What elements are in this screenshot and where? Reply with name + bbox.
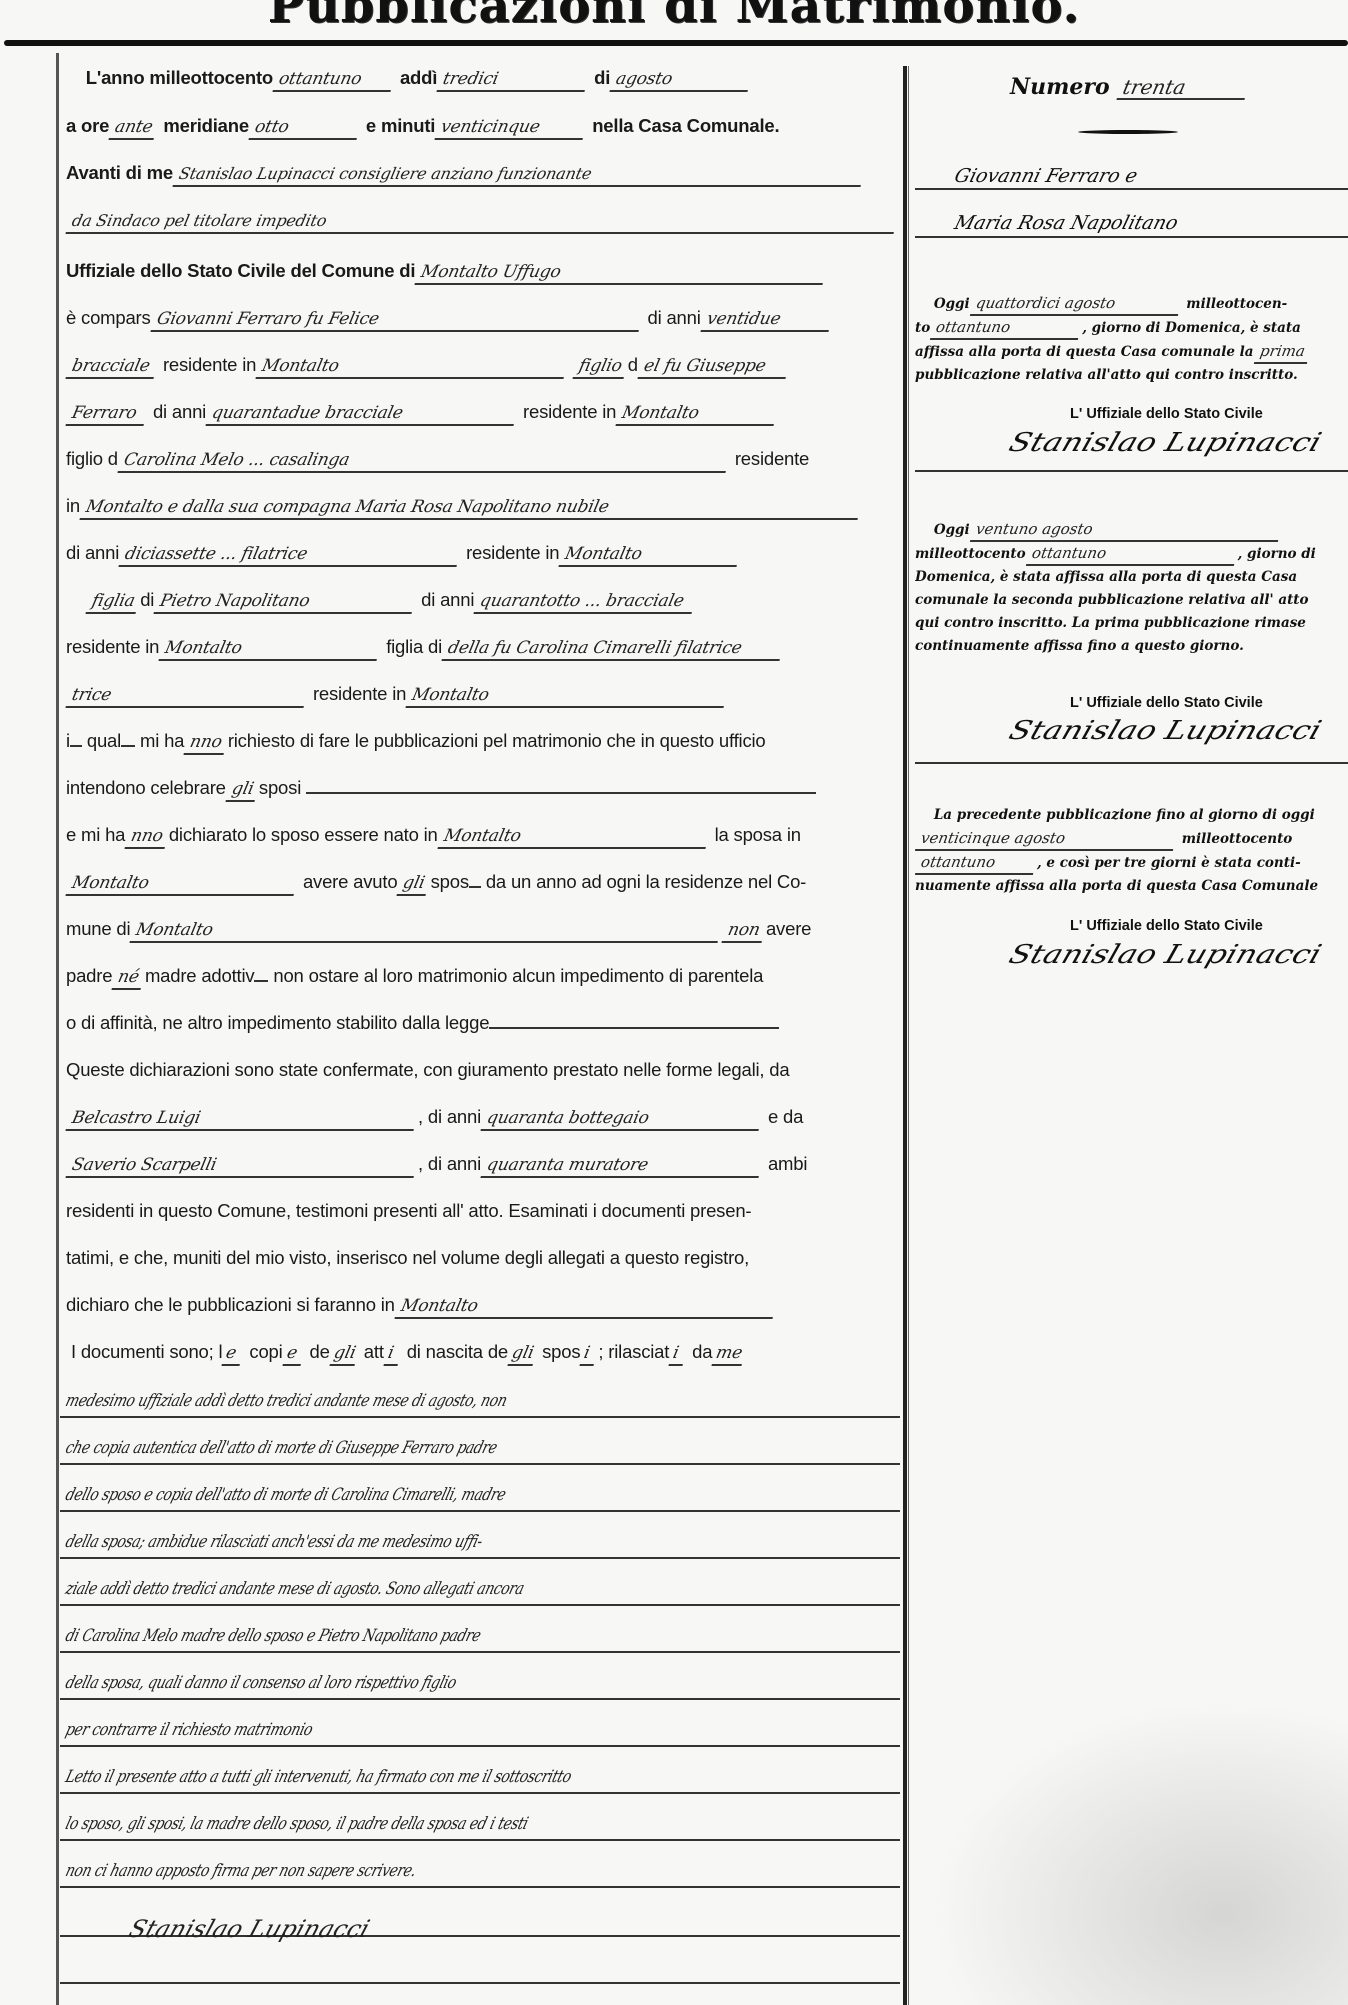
figlia-value: figlia	[85, 590, 141, 614]
officiant-line: Avanti di meStanislao Lupinacci consigli…	[66, 158, 898, 188]
left-border	[56, 53, 59, 2005]
label: residenti in questo Comune, testimoni pr…	[66, 1200, 751, 1221]
label: residente in	[466, 542, 559, 563]
comune-value: Montalto Uffugo	[415, 261, 828, 285]
groom-residence: Montalto	[256, 355, 569, 379]
ante-value: ante	[109, 116, 159, 140]
bride-mother-residence-line: trice residente inMontalto	[66, 679, 898, 709]
officiant-value: Stanislao Lupinacci consigliere anziano …	[172, 163, 865, 187]
comune-line: Uffiziale dello Stato Civile del Comune …	[66, 256, 898, 286]
label: spos	[431, 871, 469, 892]
bride-father-age: quarantotto ... bracciale	[474, 590, 697, 614]
label: di anni	[153, 401, 206, 422]
label: de	[309, 1341, 329, 1362]
bride-mother-residence: Montalto	[406, 684, 729, 708]
label: la sposa in	[715, 824, 801, 845]
label: tatimi, e che, muniti del mio visto, ins…	[66, 1247, 749, 1268]
celebrate-line: intendono celebrareglisposi	[66, 773, 898, 803]
label: addì	[400, 67, 437, 88]
residenti-line: residenti in questo Comune, testimoni pr…	[66, 1196, 898, 1226]
label: dichiarato lo sposo essere nato in	[169, 824, 438, 845]
witness-2-age: quaranta muratore	[480, 1154, 763, 1178]
label: Avanti di me	[66, 162, 173, 183]
hour-value: otto	[248, 116, 361, 140]
article-value: gli	[397, 872, 431, 896]
suffix: e	[222, 1342, 245, 1366]
label: residente in	[66, 636, 159, 657]
bride-father-residence: Montalto	[159, 637, 382, 661]
handwritten-line: medesimo uffiziale addì detto tredici an…	[60, 1384, 900, 1418]
label: e da	[768, 1106, 803, 1127]
suffix: i	[383, 1342, 402, 1366]
third-publication: La precedente pubblicazione fino al gior…	[915, 804, 1348, 898]
handwritten-line: della sposa, quali danno il consenso al …	[60, 1666, 900, 1700]
groom-age: ventidue	[700, 308, 833, 332]
label: e minuti	[366, 115, 435, 136]
handwritten-line: ziale addì detto tredici andante mese di…	[60, 1572, 900, 1606]
month-value: agosto	[610, 68, 753, 92]
suffix: e	[282, 1342, 305, 1366]
label: di anni	[648, 307, 701, 328]
label: di nascita de	[407, 1341, 508, 1362]
suffix: me	[712, 1342, 747, 1366]
father-age: quarantadue bracciale	[206, 402, 519, 426]
label: di anni	[421, 589, 474, 610]
witness-2-line: Saverio Scarpelli, di anniquaranta murat…	[66, 1149, 898, 1179]
officer-signature: Stanislao Lupinacci	[130, 1915, 369, 1943]
column-divider	[903, 66, 907, 2005]
label: a ore	[66, 115, 109, 136]
officer-signature: Stanislao Lupinacci	[1010, 428, 1269, 458]
label: , di anni	[418, 1106, 481, 1127]
groom-line: è comparsGiovanni Ferraro fu Felice di a…	[66, 303, 898, 333]
suffix: i	[669, 1342, 688, 1366]
label: richiesto di fare le pubblicazioni pel m…	[228, 730, 766, 751]
witness-1-age: quaranta bottegaio	[480, 1107, 763, 1131]
publication-place-line: dichiaro che le pubblicazioni si faranno…	[66, 1290, 898, 1320]
label: copi	[249, 1341, 282, 1362]
bride-birthplace: Montalto	[65, 872, 298, 896]
bride-name: Montalto e dalla sua compagna Maria Rosa…	[79, 496, 862, 520]
second-publication: Oggiventuno agosto milleottocentoottantu…	[915, 518, 1348, 658]
label: nella Casa Comunale.	[592, 115, 779, 136]
label: att	[364, 1341, 384, 1362]
label: d	[628, 354, 638, 375]
label: ambi	[768, 1153, 807, 1174]
label: ; rilasciat	[598, 1341, 669, 1362]
impediment-line: o di affinità, ne altro impedimento stab…	[66, 1008, 898, 1038]
ruled-line	[915, 236, 1348, 238]
label: Queste dichiarazioni sono state conferma…	[66, 1059, 789, 1080]
groom-name: Giovanni Ferraro fu Felice	[150, 308, 643, 332]
numero-value: trenta	[1117, 76, 1250, 100]
comune-residence: Montalto	[130, 919, 723, 943]
residence-line: Montalto avere avutoglispos da un anno a…	[66, 867, 898, 897]
label: residente in	[523, 401, 616, 422]
label: spos	[542, 1341, 580, 1362]
figlio-value: figlio	[573, 355, 629, 379]
groom-mother: Carolina Melo ... casalinga	[117, 449, 730, 473]
officer-title: L' Uffiziale dello Stato Civile	[1070, 695, 1263, 711]
officer-signature: Stanislao Lupinacci	[1010, 940, 1269, 970]
handwritten-line: dello sposo e copia dell'atto di morte d…	[60, 1478, 900, 1512]
label: L'anno milleottocento	[86, 67, 273, 88]
officer-title: L' Uffiziale dello Stato Civile	[1070, 406, 1263, 422]
ne-value: né	[112, 966, 146, 990]
handwritten-line: non ci hanno apposto firma per non saper…	[60, 1854, 900, 1888]
handwritten-line: Letto il presente atto a tutti gli inter…	[60, 1760, 900, 1794]
officiant-line-2: da Sindaco pel titolare impedito	[66, 205, 898, 235]
label: avere avuto	[303, 871, 397, 892]
first-publication: Oggiquattordici agosto milleottocen- too…	[915, 292, 1348, 387]
label: non ostare al loro matrimonio alcun impe…	[273, 965, 763, 986]
documents-line: tatimi, e che, muniti del mio visto, ins…	[66, 1243, 898, 1273]
handwritten-line: lo sposo, gli sposi, la madre dello spos…	[60, 1807, 900, 1841]
groom-mother-line: figlio dCarolina Melo ... casalinga resi…	[66, 444, 898, 474]
label: , di anni	[418, 1153, 481, 1174]
label: I documenti sono; l	[71, 1341, 222, 1362]
handwritten-line: della sposa; ambidue rilasciati anch'ess…	[60, 1525, 900, 1559]
title-rule	[4, 40, 1348, 46]
witnesses-intro-line: Queste dichiarazioni sono state conferma…	[66, 1055, 898, 1085]
label: di anni	[66, 542, 119, 563]
year-value: ottantuno	[272, 68, 395, 92]
bride-mother: della fu Carolina Cimarelli filatrice	[441, 637, 784, 661]
groom-birthplace: Montalto	[437, 825, 710, 849]
ruled-line	[915, 470, 1348, 472]
label: di	[594, 67, 610, 88]
bride-father: Pietro Napolitano	[154, 590, 417, 614]
groom-residence-line: bracciale residente inMontalto figliodel…	[66, 350, 898, 380]
handwritten-line: di Carolina Melo madre dello sposo e Pie…	[60, 1619, 900, 1653]
bride-mother-occupation: trice	[65, 684, 308, 708]
numero-label: Numero	[1010, 74, 1110, 100]
label: o di affinità, ne altro impedimento stab…	[66, 1012, 489, 1033]
label: sposi	[259, 777, 301, 798]
day-value: tredici	[437, 68, 590, 92]
year-line: L'anno milleottocentoottantuno addìtredi…	[66, 63, 898, 93]
ruled-line	[915, 188, 1348, 190]
officiant-role-value: da Sindaco pel titolare impedito	[65, 210, 898, 234]
label: figlio d	[66, 448, 118, 469]
bride-line: inMontalto e dalla sua compagna Maria Ro…	[66, 491, 898, 521]
label: madre adottiv	[145, 965, 254, 986]
bride-mother-line: residente inMontalto figlia didella fu C…	[66, 632, 898, 662]
label: avere	[766, 918, 811, 939]
witness-2-name: Saverio Scarpelli	[65, 1154, 418, 1178]
label: e mi ha	[66, 824, 125, 845]
record-number: Numero trenta	[1010, 74, 1249, 100]
article-value: gli	[225, 778, 259, 802]
minutes-value: venticinque	[435, 116, 588, 140]
publication-place: Montalto	[394, 1295, 777, 1319]
label: di	[140, 589, 154, 610]
groom-father: el fu Giuseppe	[637, 355, 790, 379]
officer-title: L' Uffiziale dello Stato Civile	[1070, 918, 1263, 934]
label: residente in	[163, 354, 256, 375]
label: meridiane	[163, 115, 249, 136]
document-title: Pubblicazioni di Matrimonio.	[0, 0, 1348, 34]
adoptive-line: padrenémadre adottiv non ostare al loro …	[66, 961, 898, 991]
plural-suffix: nno	[125, 825, 170, 849]
officer-signature: Stanislao Lupinacci	[1010, 716, 1269, 746]
label: mune di	[66, 918, 130, 939]
label: da	[692, 1341, 712, 1362]
label: figlia di	[386, 636, 442, 657]
suffix: gli	[507, 1342, 537, 1366]
column-divider-inner	[908, 66, 909, 2005]
suffix: i	[580, 1342, 599, 1366]
label: dichiaro che le pubblicazioni si faranno…	[66, 1294, 395, 1315]
comune-residence-line: mune diMontaltononavere	[66, 914, 898, 944]
label: intendono celebrare	[66, 777, 226, 798]
handwritten-line: che copia autentica dell'atto di morte d…	[60, 1431, 900, 1465]
label: padre	[66, 965, 112, 986]
decorative-swash	[1078, 130, 1178, 134]
suffix: gli	[329, 1342, 359, 1366]
spouses-line-1: Giovanni Ferraro e	[915, 165, 1348, 195]
groom-father-line: Ferraro di anniquarantadue bracciale res…	[66, 397, 898, 427]
label: Uffiziale dello Stato Civile del Comune …	[66, 260, 415, 281]
handwritten-line: per contrarre il richiesto matrimonio	[60, 1713, 900, 1747]
label: è compars	[66, 307, 151, 328]
label: qual	[87, 730, 121, 751]
ruled-line	[60, 1982, 900, 1984]
time-line: a oreante meridianeotto e minutiventicin…	[66, 111, 898, 141]
groom-occupation: bracciale	[65, 355, 158, 379]
bride-age-line: di annidiciassette ... filatrice residen…	[66, 538, 898, 568]
father-surname: Ferraro	[65, 402, 148, 426]
bride-father-line: figliadiPietro Napolitano di anniquarant…	[66, 585, 898, 615]
label: mi ha	[140, 730, 184, 751]
birthplace-line: e mi hannodichiarato lo sposo essere nat…	[66, 820, 898, 850]
label: residente	[735, 448, 809, 469]
father-residence: Montalto	[616, 402, 779, 426]
bride-residence: Montalto	[559, 543, 742, 567]
ruled-line	[915, 762, 1348, 764]
witness-1-name: Belcastro Luigi	[65, 1107, 418, 1131]
bride-age: diciassette ... filatrice	[119, 543, 462, 567]
documents-list-line: I documenti sono; le copie degli atti di…	[66, 1337, 898, 1367]
label: da un anno ad ogni la residenze nel Co-	[486, 871, 806, 892]
label: residente in	[313, 683, 406, 704]
non-value: non	[722, 919, 767, 943]
label: in	[66, 495, 80, 516]
paper-stain	[930, 1700, 1348, 2005]
plural-suffix: nno	[184, 731, 229, 755]
request-line: i qual mi hannorichiesto di fare le pubb…	[66, 726, 898, 756]
witness-1-line: Belcastro Luigi, di anniquaranta bottega…	[66, 1102, 898, 1132]
